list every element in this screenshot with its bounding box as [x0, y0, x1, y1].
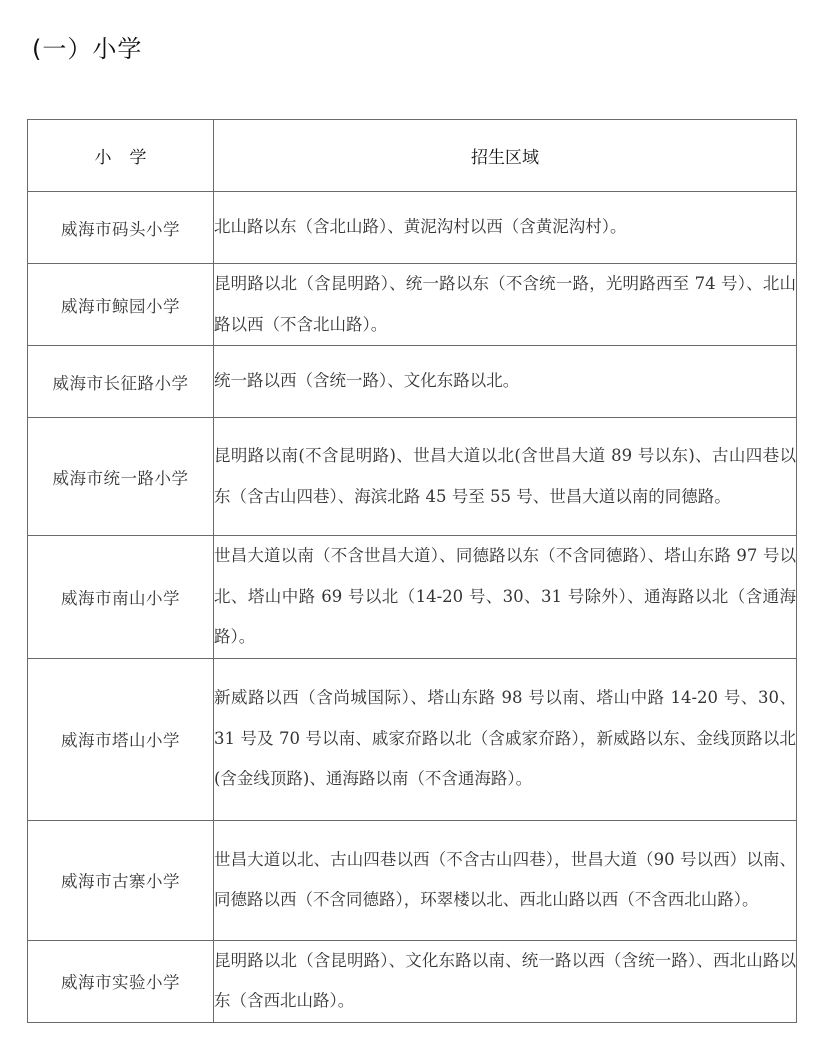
- school-name-cell: 威海市古寨小学: [28, 820, 214, 940]
- table-row: 威海市长征路小学 统一路以西（含统一路）、文化东路以北。: [28, 346, 797, 418]
- zone-description-cell: 昆明路以北（含昆明路）、文化东路以南、统一路以西（含统一路）、西北山路以东（含西…: [214, 940, 797, 1022]
- column-header-zone: 招生区域: [214, 120, 797, 192]
- section-heading: (一）小学: [32, 32, 142, 66]
- table-row: 威海市鲸园小学 昆明路以北（含昆明路）、统一路以东（不含统一路，光明路西至 74…: [28, 264, 797, 346]
- table-row: 威海市塔山小学 新威路以西（含尚城国际）、塔山东路 98 号以南、塔山中路 14…: [28, 658, 797, 820]
- school-name-cell: 威海市实验小学: [28, 940, 214, 1022]
- table-row: 威海市统一路小学 昆明路以南(不含昆明路)、世昌大道以北(含世昌大道 89 号以…: [28, 418, 797, 536]
- zone-description-cell: 昆明路以南(不含昆明路)、世昌大道以北(含世昌大道 89 号以东)、古山四巷以东…: [214, 418, 797, 536]
- school-name-cell: 威海市码头小学: [28, 192, 214, 264]
- school-name-cell: 威海市塔山小学: [28, 658, 214, 820]
- table-row: 威海市古寨小学 世昌大道以北、古山四巷以西（不含古山四巷），世昌大道（90 号以…: [28, 820, 797, 940]
- zone-description-cell: 北山路以东（含北山路）、黄泥沟村以西（含黄泥沟村）。: [214, 192, 797, 264]
- enrollment-zone-table: 小学 招生区域 威海市码头小学 北山路以东（含北山路）、黄泥沟村以西（含黄泥沟村…: [27, 119, 797, 1023]
- table-row: 威海市实验小学 昆明路以北（含昆明路）、文化东路以南、统一路以西（含统一路）、西…: [28, 940, 797, 1022]
- table-header-row: 小学 招生区域: [28, 120, 797, 192]
- school-name-cell: 威海市长征路小学: [28, 346, 214, 418]
- zone-description-cell: 新威路以西（含尚城国际）、塔山东路 98 号以南、塔山中路 14-20 号、30…: [214, 658, 797, 820]
- school-name-cell: 威海市南山小学: [28, 536, 214, 659]
- zone-description-cell: 昆明路以北（含昆明路）、统一路以东（不含统一路，光明路西至 74 号）、北山路以…: [214, 264, 797, 346]
- zone-description-cell: 世昌大道以南（不含世昌大道）、同德路以东（不含同德路）、塔山东路 97 号以北、…: [214, 536, 797, 659]
- table-row: 威海市南山小学 世昌大道以南（不含世昌大道）、同德路以东（不含同德路）、塔山东路…: [28, 536, 797, 659]
- zone-description-cell: 统一路以西（含统一路）、文化东路以北。: [214, 346, 797, 418]
- school-name-cell: 威海市统一路小学: [28, 418, 214, 536]
- column-header-school: 小学: [28, 120, 214, 192]
- school-name-cell: 威海市鲸园小学: [28, 264, 214, 346]
- table-row: 威海市码头小学 北山路以东（含北山路）、黄泥沟村以西（含黄泥沟村）。: [28, 192, 797, 264]
- zone-description-cell: 世昌大道以北、古山四巷以西（不含古山四巷），世昌大道（90 号以西）以南、同德路…: [214, 820, 797, 940]
- column-header-school-label: 小学: [95, 148, 165, 168]
